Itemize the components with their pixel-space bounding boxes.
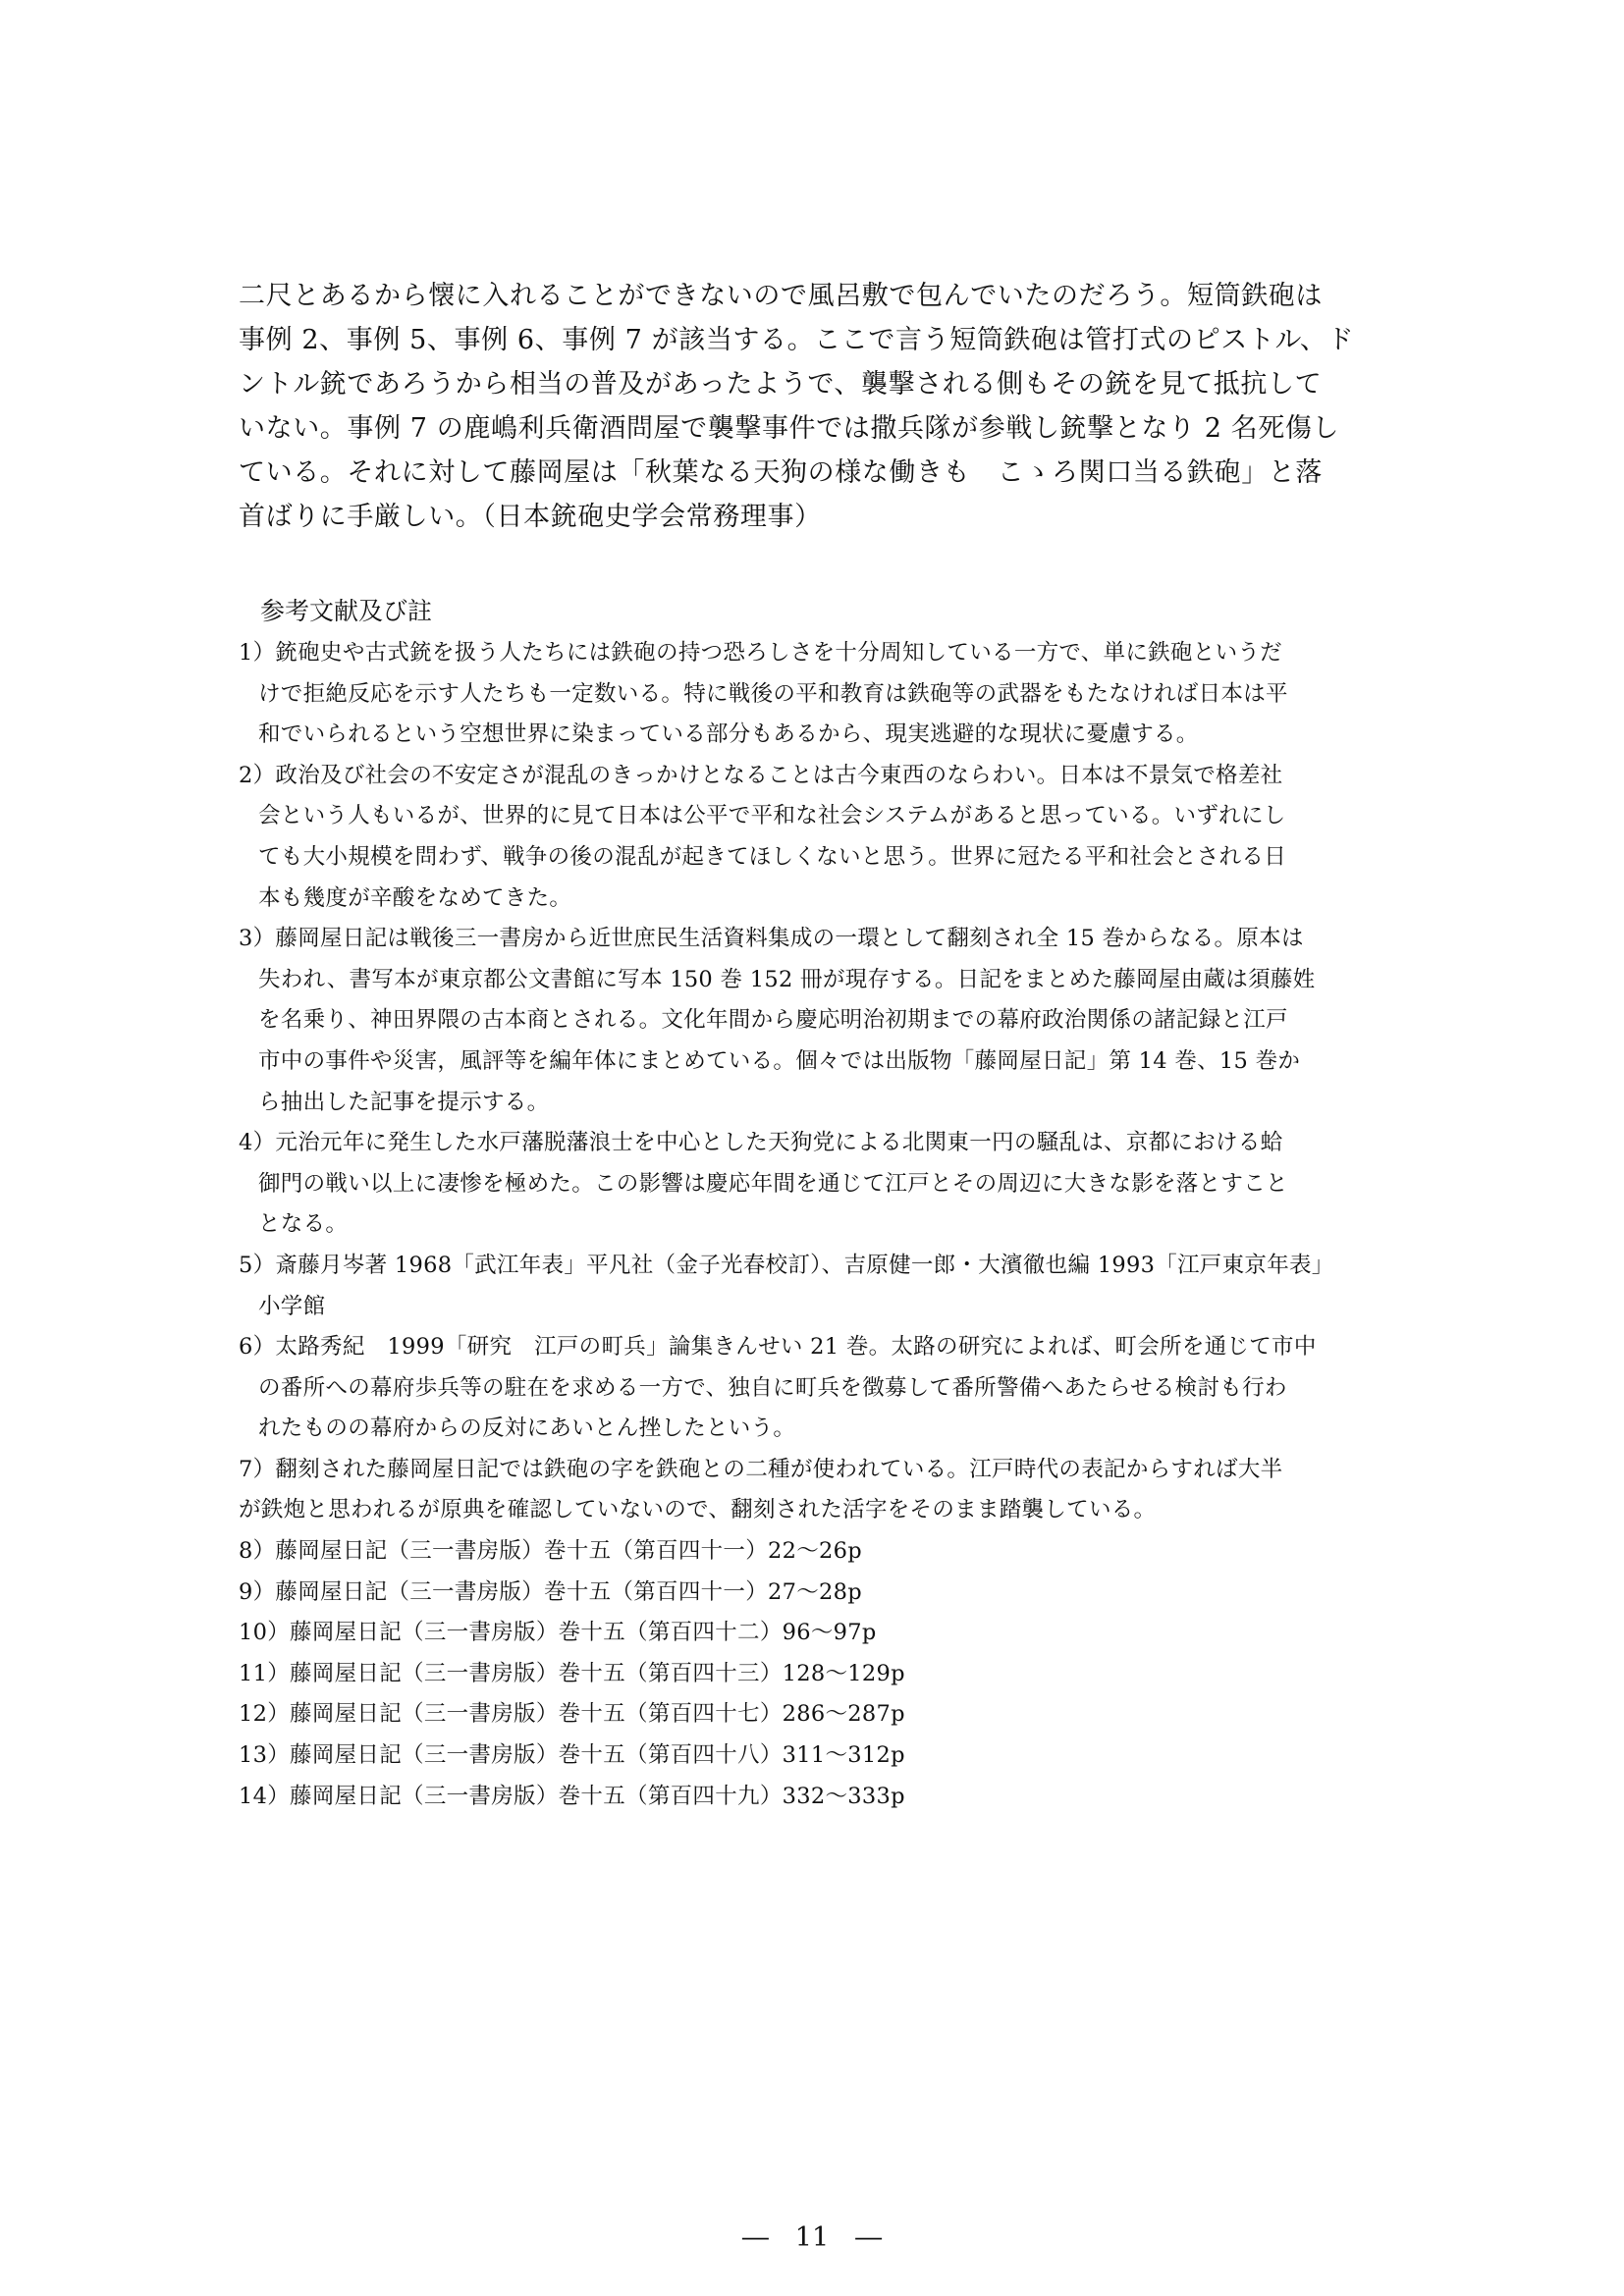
document-page: 二尺とあるから懐に入れることができないので風呂敷で包んでいたのだろう。短筒鉄砲は…: [0, 0, 1624, 2296]
note-text: 藤岡屋日記（三一書房版）巻十五（第百四十三）128～129p: [290, 1661, 905, 1686]
note-number: 5）: [239, 1246, 275, 1287]
body-line: ている。それに対して藤岡屋は「秋葉なる天狗の様な働きも こゝろ関口当る鉄砲」と落: [239, 451, 1397, 495]
note-number: 10）: [239, 1613, 290, 1654]
note-4: 4）元治元年に発生した水戸藩脱藩浪士を中心とした天狗党による北関東一円の騒乱は、…: [239, 1123, 1397, 1246]
note-text: けで拒絶反応を示す人たちも一定数いる。特に戦後の平和教育は鉄砲等の武器をもたなけ…: [239, 674, 1397, 716]
note-text: が鉄炮と思われるが原典を確認していないので、翻刻された活字をそのまま踏襲している…: [239, 1490, 1397, 1531]
note-number: 14）: [239, 1777, 290, 1818]
note-text: 会という人もいるが、世界的に見て日本は公平で平和な社会システムがあると思っている…: [239, 796, 1397, 837]
note-text: 藤岡屋日記（三一書房版）巻十五（第百四十七）286～287p: [290, 1701, 905, 1727]
note-8: 8）藤岡屋日記（三一書房版）巻十五（第百四十一）22～26p: [239, 1531, 1397, 1573]
note-text: 藤岡屋日記（三一書房版）巻十五（第百四十一）22～26p: [275, 1538, 862, 1564]
note-text: 和でいられるという空想世界に染まっている部分もあるから、現実逃避的な現状に憂慮す…: [239, 715, 1397, 756]
page-number: ― 11 ―: [0, 2223, 1624, 2253]
note-number: 13）: [239, 1735, 290, 1777]
note-number: 3）: [239, 919, 275, 960]
note-text: の番所への幕府歩兵等の駐在を求める一方で、独自に町兵を徴募して番所警備へあたらせ…: [239, 1368, 1397, 1410]
note-number: 2）: [239, 756, 275, 797]
note-text: 藤岡屋日記は戦後三一書房から近世庶民生活資料集成の一環として翻刻され全 15 巻…: [275, 926, 1303, 951]
note-text: 斎藤月岑著 1968「武江年表」平凡社（金子光春校訂）、吉原健一郎・大濱徹也編 …: [275, 1253, 1333, 1278]
note-text: 藤岡屋日記（三一書房版）巻十五（第百四十九）332～333p: [290, 1784, 905, 1809]
note-text: 政治及び社会の不安定さが混乱のきっかけとなることは古今東西のならわい。日本は不景…: [275, 763, 1282, 788]
note-3: 3）藤岡屋日記は戦後三一書房から近世庶民生活資料集成の一環として翻刻され全 15…: [239, 919, 1397, 1123]
note-text: 市中の事件や災害，風評等を編年体にまとめている。個々では出版物「藤岡屋日記」第 …: [239, 1041, 1397, 1083]
note-text: 太路秀紀 1999「研究 江戸の町兵」論集きんせい 21 巻。太路の研究によれば…: [275, 1334, 1316, 1360]
note-number: 6）: [239, 1327, 275, 1368]
note-text: 銃砲史や古式銃を扱う人たちには鉄砲の持つ恐ろしさを十分周知している一方で、単に鉄…: [275, 640, 1282, 666]
note-text: を名乗り、神田界隈の古本商とされる。文化年間から慶応明治初期までの幕府政治関係の…: [239, 1000, 1397, 1041]
note-text: 藤岡屋日記（三一書房版）巻十五（第百四十八）311～312p: [290, 1742, 905, 1768]
body-line: ントル銃であろうから相当の普及があったようで、襲撃される側もその銃を見て抵抗して: [239, 362, 1397, 406]
note-7: 7）翻刻された藤岡屋日記では鉄砲の字を鉄砲との二種が使われている。江戸時代の表記…: [239, 1450, 1397, 1531]
references-section: 参考文献及び註 1）銃砲史や古式銃を扱う人たちには鉄砲の持つ恐ろしさを十分周知し…: [239, 590, 1397, 1817]
note-text: 本も幾度が辛酸をなめてきた。: [239, 879, 1397, 920]
note-number: 12）: [239, 1694, 290, 1735]
note-text: 元治元年に発生した水戸藩脱藩浪士を中心とした天狗党による北関東一円の騒乱は、京都…: [275, 1130, 1282, 1155]
note-number: 11）: [239, 1654, 290, 1695]
body-line: いない。事例 7 の鹿嶋利兵衛酒問屋で襲撃事件では撒兵隊が参戦し銃撃となり 2 …: [239, 406, 1397, 451]
note-5: 5）斎藤月岑著 1968「武江年表」平凡社（金子光春校訂）、吉原健一郎・大濱徹也…: [239, 1246, 1397, 1327]
body-paragraph: 二尺とあるから懐に入れることができないので風呂敷で包んでいたのだろう。短筒鉄砲は…: [239, 274, 1397, 539]
note-10: 10）藤岡屋日記（三一書房版）巻十五（第百四十二）96～97p: [239, 1613, 1397, 1654]
note-text: 藤岡屋日記（三一書房版）巻十五（第百四十一）27～28p: [275, 1579, 862, 1605]
note-6: 6）太路秀紀 1999「研究 江戸の町兵」論集きんせい 21 巻。太路の研究によ…: [239, 1327, 1397, 1450]
note-14: 14）藤岡屋日記（三一書房版）巻十五（第百四十九）332～333p: [239, 1777, 1397, 1818]
note-text: ても大小規模を問わず、戦争の後の混乱が起きてほしくないと思う。世界に冠たる平和社…: [239, 837, 1397, 879]
note-text: 小学館: [239, 1287, 1397, 1328]
note-number: 4）: [239, 1123, 275, 1164]
note-12: 12）藤岡屋日記（三一書房版）巻十五（第百四十七）286～287p: [239, 1694, 1397, 1735]
note-9: 9）藤岡屋日記（三一書房版）巻十五（第百四十一）27～28p: [239, 1573, 1397, 1614]
note-11: 11）藤岡屋日記（三一書房版）巻十五（第百四十三）128～129p: [239, 1654, 1397, 1695]
note-number: 9）: [239, 1573, 275, 1614]
note-number: 8）: [239, 1531, 275, 1573]
note-text: 藤岡屋日記（三一書房版）巻十五（第百四十二）96～97p: [290, 1620, 877, 1645]
note-text: となる。: [239, 1204, 1397, 1246]
note-text: 御門の戦い以上に凄惨を極めた。この影響は慶応年間を通じて江戸とその周辺に大きな影…: [239, 1164, 1397, 1205]
note-13: 13）藤岡屋日記（三一書房版）巻十五（第百四十八）311～312p: [239, 1735, 1397, 1777]
references-heading: 参考文献及び註: [239, 590, 1397, 633]
body-line: 二尺とあるから懐に入れることができないので風呂敷で包んでいたのだろう。短筒鉄砲は: [239, 274, 1397, 318]
note-text: ら抽出した記事を提示する。: [239, 1083, 1397, 1124]
note-1: 1）銃砲史や古式銃を扱う人たちには鉄砲の持つ恐ろしさを十分周知している一方で、単…: [239, 633, 1397, 756]
note-text: れたものの幕府からの反対にあいとん挫したという。: [239, 1409, 1397, 1450]
note-number: 7）: [239, 1450, 275, 1491]
body-line: 首ばりに手厳しい。（日本銃砲史学会常務理事）: [239, 495, 1397, 539]
note-number: 1）: [239, 633, 275, 674]
note-2: 2）政治及び社会の不安定さが混乱のきっかけとなることは古今東西のならわい。日本は…: [239, 756, 1397, 919]
note-text: 翻刻された藤岡屋日記では鉄砲の字を鉄砲との二種が使われている。江戸時代の表記から…: [275, 1457, 1282, 1482]
note-text: 失われ、書写本が東京都公文書館に写本 150 巻 152 冊が現存する。日記をま…: [239, 960, 1397, 1001]
body-line: 事例 2、事例 5、事例 6、事例 7 が該当する。ここで言う短筒鉄砲は管打式の…: [239, 318, 1397, 362]
